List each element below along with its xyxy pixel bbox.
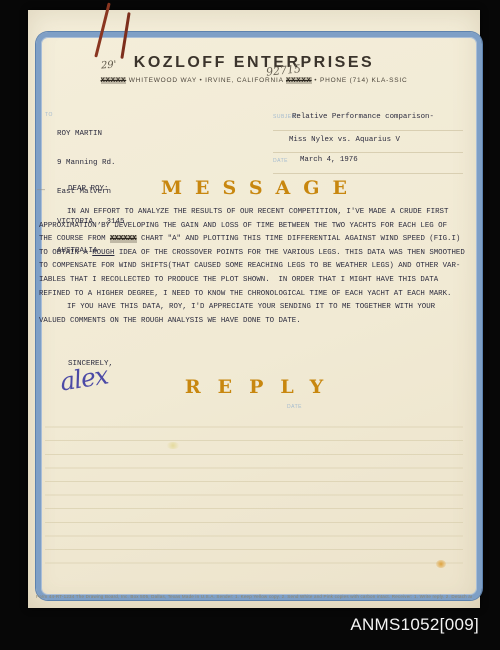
address-mid: WHITEWOOD WAY • IRVINE, CALIFORNIA — [126, 77, 286, 84]
date-rule — [273, 173, 463, 174]
to-label: TO — [45, 112, 53, 118]
struck-street-number: XXXXX — [101, 77, 127, 84]
subject-rule-2 — [273, 152, 463, 153]
recipient-name: ROY MARTIN — [57, 130, 125, 140]
message-body: IN AN EFFORT TO ANALYZE THE RESULTS OF O… — [39, 206, 475, 328]
body-line: REFINED TO A HIGHER DEGREE, I NEED TO KN… — [39, 288, 475, 302]
archive-reference-caption: ANMS1052[009] — [350, 615, 479, 635]
message-heading: MESSAGE — [28, 177, 480, 199]
body-line: VALUED COMMENTS ON THE ROUGH ANALYSIS WE… — [39, 315, 475, 329]
letter-paper: 29' KOZLOFF ENTERPRISES 92715 XXXXX WHIT… — [28, 10, 480, 608]
body-line: APPROXIMATION BY DEVELOPING THE GAIN AND… — [39, 220, 475, 234]
body-line: IN AN EFFORT TO ANALYZE THE RESULTS OF O… — [39, 206, 475, 220]
subject-line-1: Relative Performance comparison- — [292, 113, 434, 121]
date-label: DATE — [273, 158, 288, 164]
struck-word: XXXXXX — [110, 235, 137, 243]
address-end: • PHONE (714) KLA-SSIC — [312, 77, 408, 84]
paper-stain — [436, 560, 446, 568]
underlined-word: ROUGH — [92, 249, 114, 257]
body-line: THE COURSE FROM XXXXXX CHART "A" AND PLO… — [39, 233, 475, 247]
recipient-street: 9 Manning Rd. — [57, 159, 125, 169]
reply-ruled-lines — [45, 414, 463, 574]
letterhead-address-line: XXXXX WHITEWOOD WAY • IRVINE, CALIFORNIA… — [28, 77, 480, 84]
body-line: IF YOU HAVE THIS DATA, ROY, I'D APPRECIA… — [39, 301, 475, 315]
body-text-segment: CHART "A" AND PLOTTING THIS TIME DIFFERE… — [137, 235, 461, 243]
body-line: TO COMPENSATE FOR WIND SHIFTS(THAT CAUSE… — [39, 260, 475, 274]
subject-line-2: Miss Nylex vs. Aquarius V — [289, 136, 400, 144]
body-text-segment: TO OBTAIN A — [39, 249, 92, 257]
body-text-segment: IDEA OF THE CROSSOVER POINTS FOR THE VAR… — [114, 249, 464, 257]
letter-date: March 4, 1976 — [300, 156, 358, 164]
body-line: TO OBTAIN A ROUGH IDEA OF THE CROSSOVER … — [39, 247, 475, 261]
reply-heading: REPLY — [28, 376, 480, 398]
reply-date-label: DATE — [287, 404, 302, 410]
photograph-background: { "photo": { "caption": "ANMS1052[009]" … — [0, 0, 500, 650]
body-text-segment: THE COURSE FROM — [39, 235, 110, 243]
struck-zip-code: XXXXX — [286, 77, 312, 84]
subject-rule-1 — [273, 130, 463, 131]
form-fine-print: Form 44-RT-1234 The Drawing Board, Inc. … — [36, 594, 472, 599]
paper-stain-faint — [166, 442, 180, 449]
body-line: IABLES THAT I RECOLLECTED TO PRODUCE THE… — [39, 274, 475, 288]
